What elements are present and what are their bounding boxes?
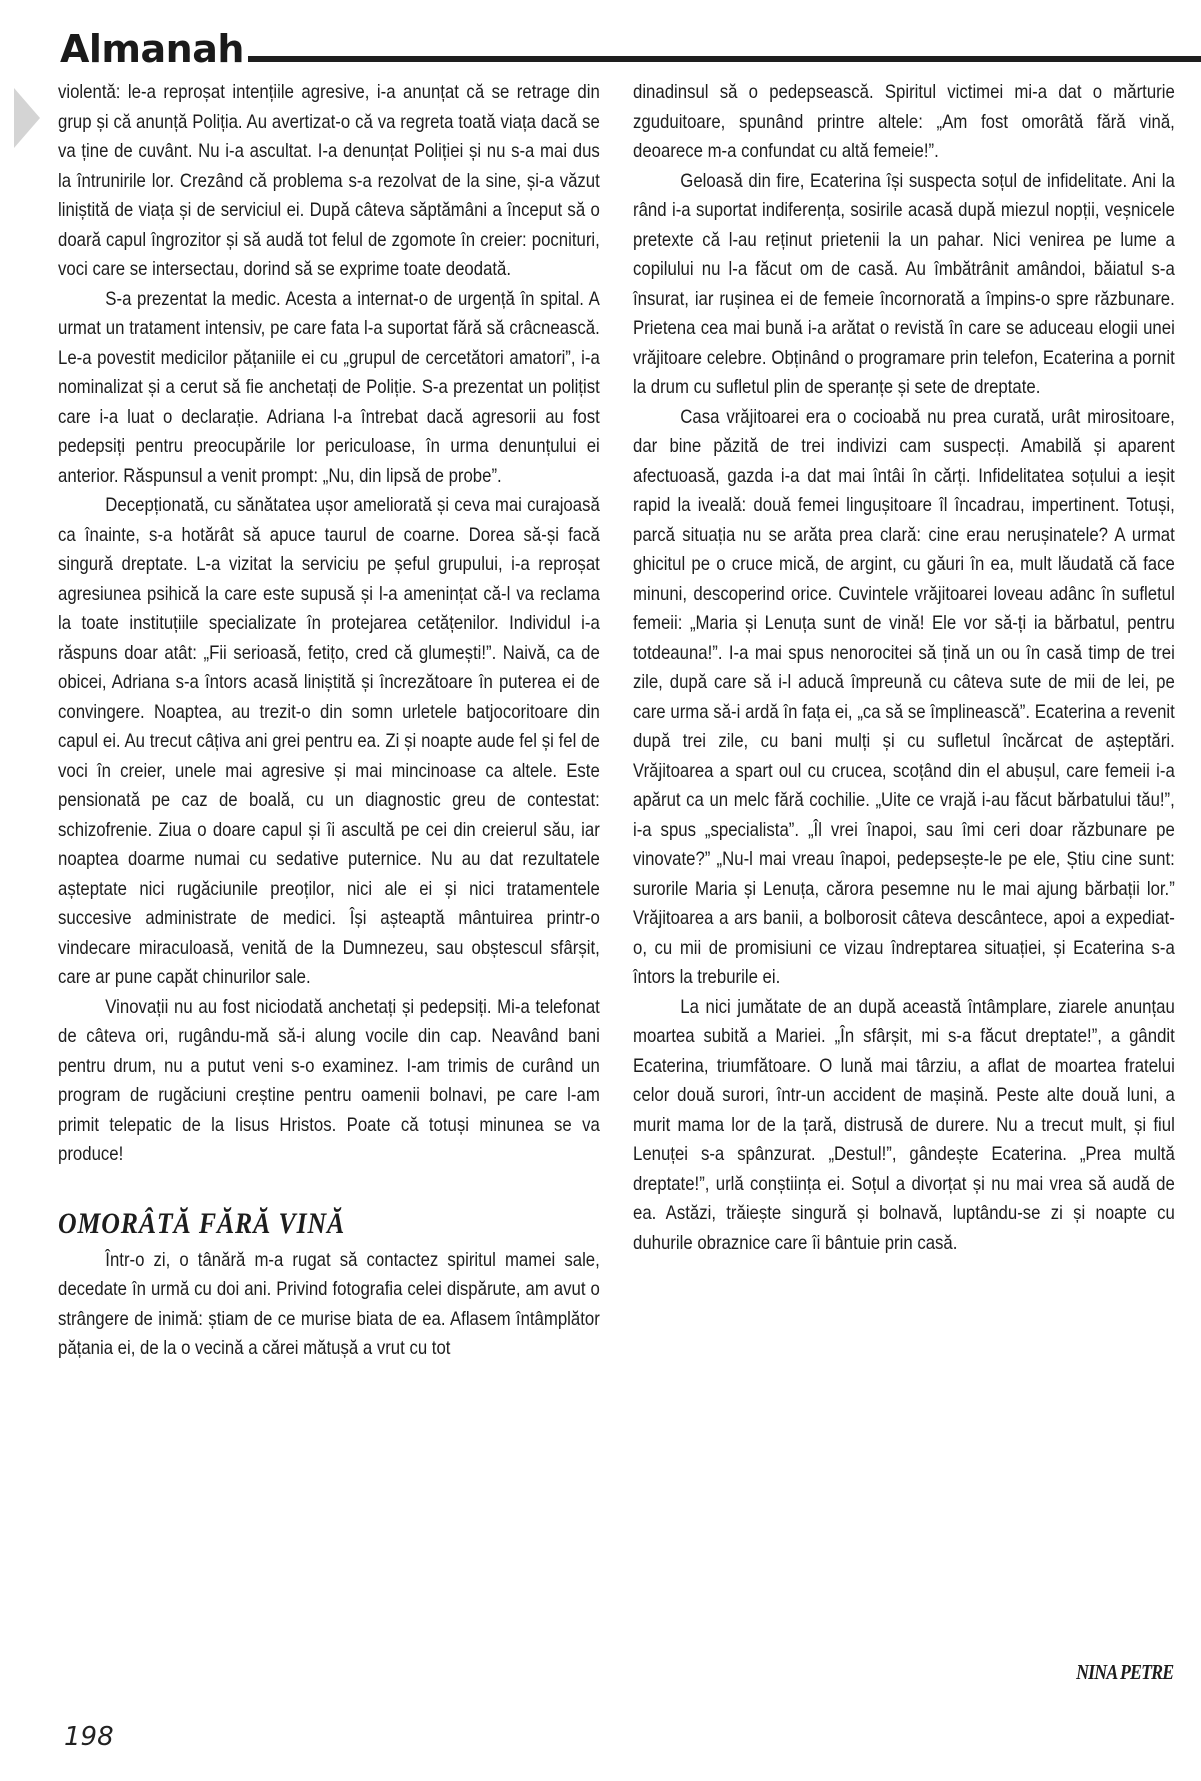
left-column: violentă: le-a reproșat intențiile agres… bbox=[58, 78, 524, 1364]
section-title: OMORÂTĂ FĂRĂ VINĂ bbox=[58, 1206, 600, 1242]
paragraph: Decepționată, cu sănătatea ușor ameliora… bbox=[58, 491, 600, 993]
paragraph: S-a prezentat la medic. Acesta a interna… bbox=[58, 285, 600, 492]
right-column: dinadinsul să o pedepsească. Spiritul vi… bbox=[633, 78, 1099, 1258]
page-edge-arrow-icon bbox=[14, 88, 40, 148]
paragraph: Vinovații nu au fost niciodată anchetați… bbox=[58, 993, 600, 1170]
paragraph: dinadinsul să o pedepsească. Spiritul vi… bbox=[633, 78, 1175, 167]
paragraph: Casa vrăjitoarei era o cocioabă nu prea … bbox=[633, 403, 1175, 993]
paragraph: Geloasă din fire, Ecaterina își suspecta… bbox=[633, 167, 1175, 403]
page-header: Almanah bbox=[60, 24, 1201, 68]
paragraph: La nici jumătate de an după această întâ… bbox=[633, 993, 1175, 1259]
paragraph: Într-o zi, o tânără m-a rugat să contact… bbox=[58, 1246, 600, 1364]
author-byline: NINA PETRE bbox=[1076, 1660, 1173, 1685]
page-number: 198 bbox=[64, 1722, 114, 1752]
header-rule bbox=[248, 56, 1201, 62]
paragraph: violentă: le-a reproșat intențiile agres… bbox=[58, 78, 600, 285]
magazine-logo: Almanah bbox=[60, 30, 244, 68]
